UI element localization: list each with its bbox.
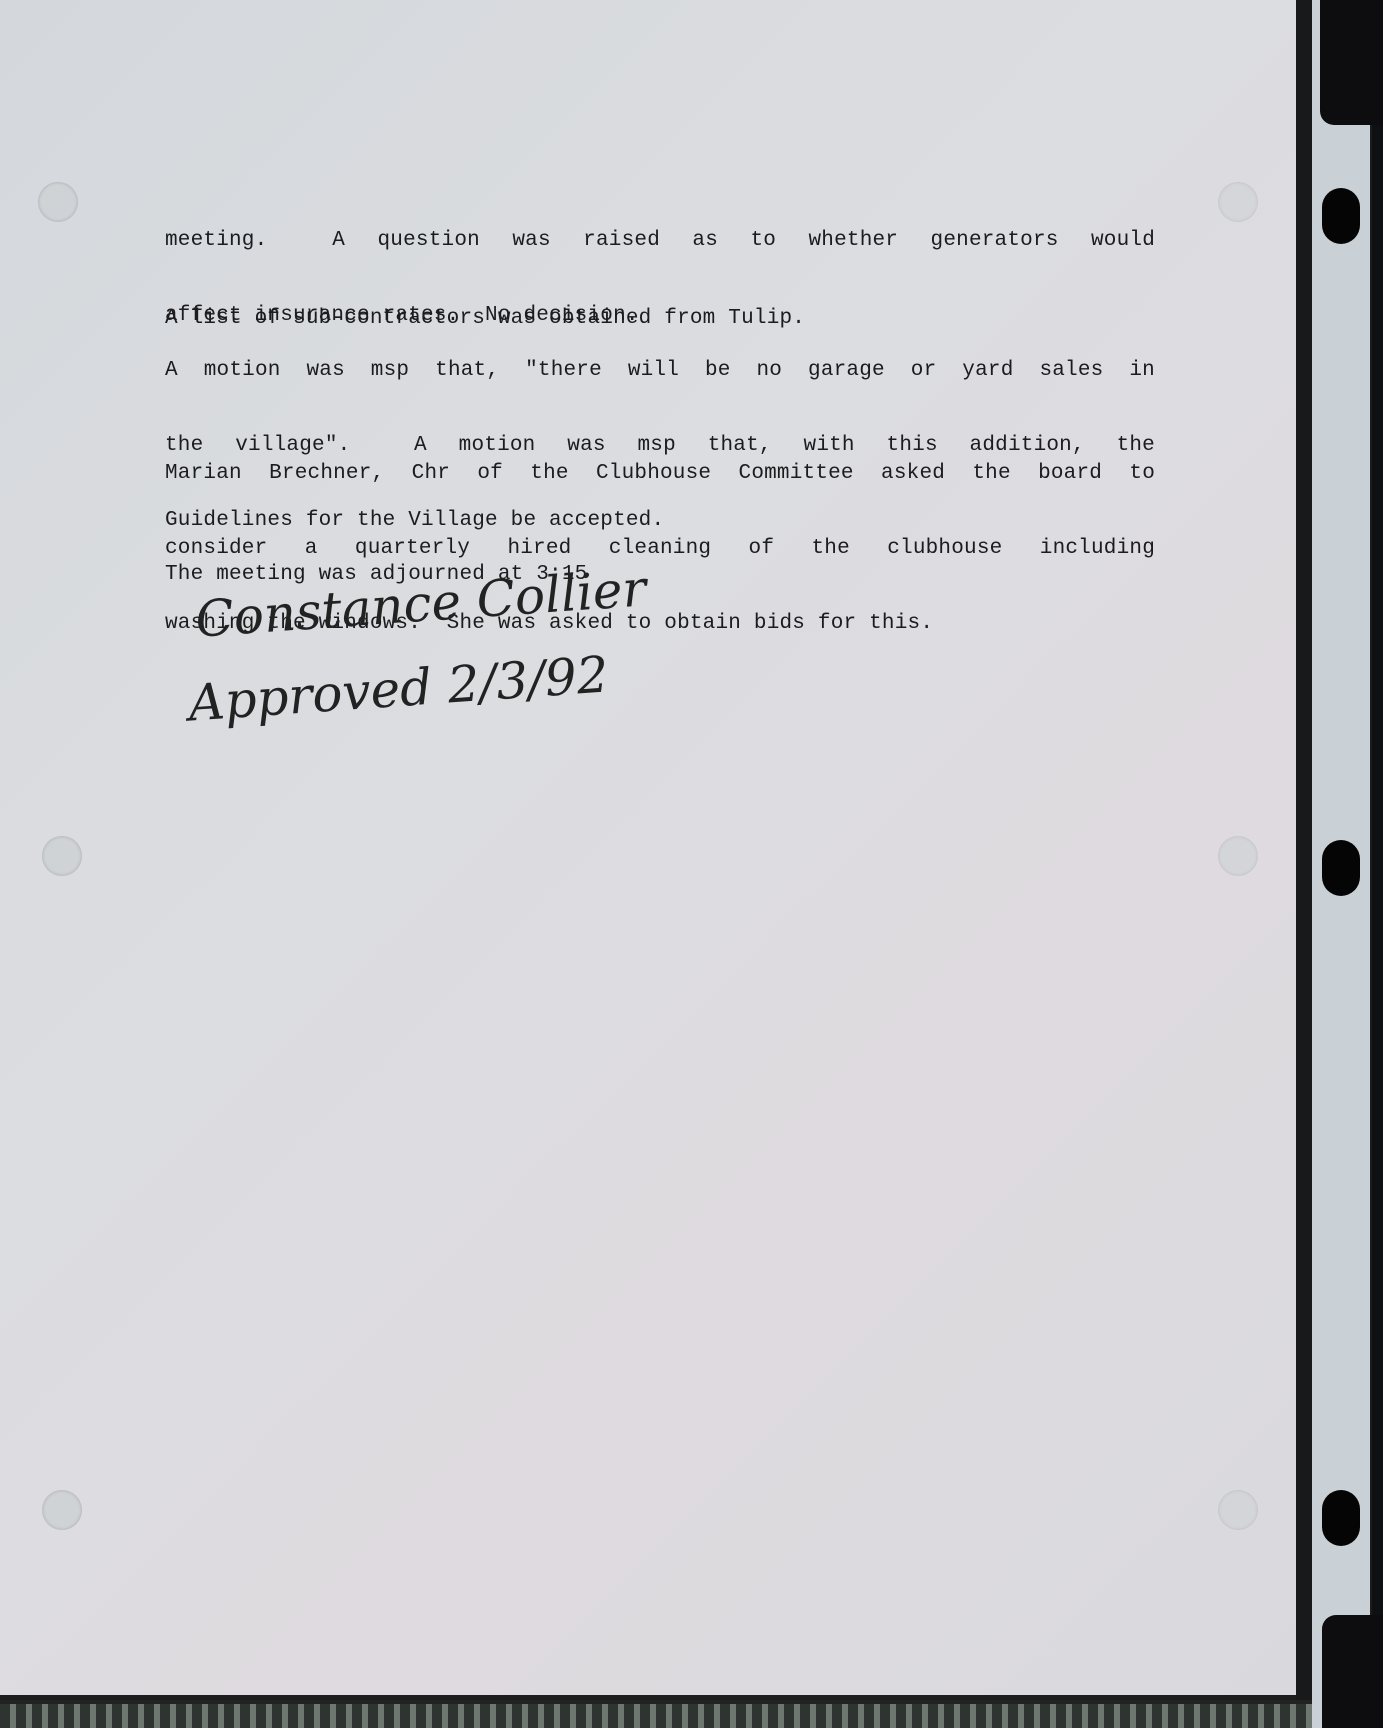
text-line: Marian Brechner, Chr of the Clubhouse Co… [165, 461, 1155, 486]
sheet-protector-edge [1296, 0, 1312, 1728]
text-line: meeting. A question was raised as to whe… [165, 228, 1155, 253]
binder-slot [1322, 840, 1360, 896]
punch-hole [1218, 836, 1258, 876]
binder-slot [1322, 188, 1360, 244]
punch-hole [1218, 182, 1258, 222]
binder-clip-bottom [1322, 1615, 1383, 1728]
binder-slot [1322, 1490, 1360, 1546]
text-line: A motion was msp that, "there will be no… [165, 358, 1155, 383]
binder-clip-top [1320, 0, 1383, 125]
punch-hole [42, 1490, 82, 1530]
punch-hole [38, 182, 78, 222]
punch-hole [42, 836, 82, 876]
bottom-binding-edge [0, 1700, 1312, 1728]
document-page: meeting. A question was raised as to whe… [0, 0, 1296, 1695]
punch-hole [1218, 1490, 1258, 1530]
binder-edge [1372, 0, 1383, 1728]
